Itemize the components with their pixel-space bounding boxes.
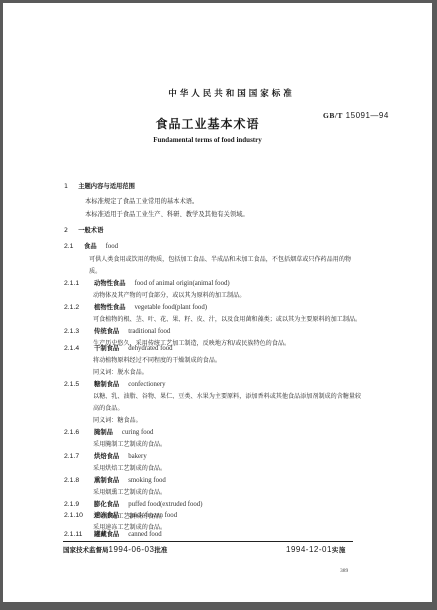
section-number: 2: [64, 227, 76, 234]
term-definition: 质。: [89, 266, 101, 275]
implementation-date: 1994-12-01: [286, 545, 332, 554]
term-entry: 2.1.4 干制食品 dehydrated food: [64, 343, 173, 352]
term-entry: 2.1.2 植物性食品 vegetable food(plant food): [64, 302, 207, 311]
term-entry: 2.1.1 动物性食品 food of animal origin(animal…: [64, 278, 230, 287]
term-en: bakery: [128, 453, 147, 460]
term-en: puffed food(extruded food): [128, 501, 202, 508]
term-en: food: [106, 243, 118, 250]
term-definition: 可供人类食用或饮用的物质，包括加工食品、半成品和未加工食品，不包括烟草或只作药品…: [89, 254, 351, 263]
term-definition: 高的食品。: [93, 403, 123, 412]
document-subtitle-en: Fundamental terms of food industry: [3, 136, 432, 144]
footer-divider: [63, 541, 353, 542]
term-zh: 传统食品: [94, 328, 119, 335]
section-title: 一般术语: [78, 227, 103, 234]
term-number: 2.1.7: [64, 453, 92, 460]
term-number: 2.1.2: [64, 304, 92, 311]
term-en: quick-frozen food: [128, 512, 177, 519]
term-en: food of animal origin(animal food): [135, 280, 230, 287]
term-number: 2.1.8: [64, 477, 92, 484]
term-entry: 2.1.9 膨化食品 puffed food(extruded food): [64, 499, 202, 508]
term-zh: 动物性食品: [94, 280, 125, 287]
term-en: confectionery: [128, 381, 165, 388]
term-number: 2.1.10: [64, 512, 92, 519]
approver: 国家技术监督局: [63, 546, 109, 554]
term-en: vegetable food(plant food): [135, 304, 207, 311]
term-number: 2.1.1: [64, 280, 92, 287]
term-number: 2.1.6: [64, 429, 92, 436]
term-entry: 2.1.8 熏制食品 smoking food: [64, 475, 166, 484]
term-zh: 熏制食品: [94, 477, 119, 484]
term-zh: 植物性食品: [94, 304, 125, 311]
term-entry: 2.1 食品 food: [64, 241, 118, 250]
term-entry: 2.1.5 糖制食品 confectionery: [64, 379, 166, 388]
term-number: 2.1.5: [64, 381, 92, 388]
implementation-suffix: 实施: [332, 546, 346, 554]
approval-suffix: 批准: [154, 546, 167, 554]
term-definition: 采用烟熏工艺制成的食品。: [93, 487, 166, 496]
term-en: curing food: [122, 429, 154, 436]
term-zh: 膨化食品: [94, 501, 119, 508]
section-heading: 1 主题内容与适用范围: [64, 181, 135, 190]
term-number: 2.1: [64, 243, 82, 250]
term-number: 2.1.11: [64, 531, 92, 538]
section-heading: 2 一般术语: [64, 225, 103, 234]
approval-date: 1994-06-03: [109, 545, 155, 554]
term-entry: 2.1.7 烘焙食品 bakery: [64, 451, 147, 460]
approval-line: 国家技术监督局1994-06-03批准: [63, 545, 167, 554]
term-definition: 采用腌制工艺制成的食品。: [93, 439, 166, 448]
term-definition: 将动植物原料经过不同程度的干燥制成的食品。: [93, 355, 221, 364]
term-definition: 同义词：脱水食品。: [93, 367, 148, 376]
term-zh: 烘焙食品: [94, 453, 119, 460]
national-standard-heading: 中华人民共和国国家标准: [3, 87, 432, 99]
document-page: 中华人民共和国国家标准 GB/T 15091—94 食品工业基本术语 Funda…: [3, 3, 432, 602]
section-title: 主题内容与适用范围: [78, 183, 135, 190]
term-definition: 可食植物的根、茎、叶、花、果、籽、皮、汁，以及食用菌和藻类；或以其为主要原料的加…: [93, 314, 361, 323]
term-definition: 采用烘焙工艺制成的食品。: [93, 463, 166, 472]
paragraph: 本标准适用于食品工业生产、科研、教学及其他有关领域。: [85, 209, 249, 218]
term-zh: 速冻食品: [94, 512, 119, 519]
term-entry: 2.1.11 罐藏食品 canned food: [64, 529, 162, 538]
term-entry: 2.1.10 速冻食品 quick-frozen food: [64, 510, 177, 519]
term-entry: 2.1.3 传统食品 traditional food: [64, 326, 170, 335]
term-number: 2.1.9: [64, 501, 92, 508]
paragraph: 本标准规定了食品工业常用的基本术语。: [85, 196, 198, 205]
term-en: traditional food: [128, 328, 170, 335]
term-entry: 2.1.6 腌制品 curing food: [64, 427, 153, 436]
term-number: 2.1.4: [64, 345, 92, 352]
term-zh: 干制食品: [94, 345, 119, 352]
term-zh: 糖制食品: [94, 381, 119, 388]
term-zh: 食品: [84, 243, 97, 250]
term-en: dehydrated food: [128, 345, 172, 352]
term-zh: 腌制品: [94, 429, 113, 436]
term-number: 2.1.3: [64, 328, 92, 335]
implementation-line: 1994-12-01实施: [286, 545, 346, 554]
term-en: smoking food: [128, 477, 166, 484]
section-number: 1: [64, 183, 76, 190]
document-title: 食品工业基本术语: [3, 115, 432, 132]
term-zh: 罐藏食品: [94, 531, 119, 538]
term-definition: 同义词：糖食品。: [93, 415, 142, 424]
term-en: canned food: [128, 531, 161, 538]
page-number: 389: [340, 568, 348, 574]
term-definition: 以糖、乳、油脂、谷物、果仁、豆类、水果为主要原料，添加香料或其他食品添加剂制成的…: [93, 391, 361, 400]
term-definition: 动物体及其产物的可食部分，或以其为原料的加工制品。: [93, 290, 245, 299]
